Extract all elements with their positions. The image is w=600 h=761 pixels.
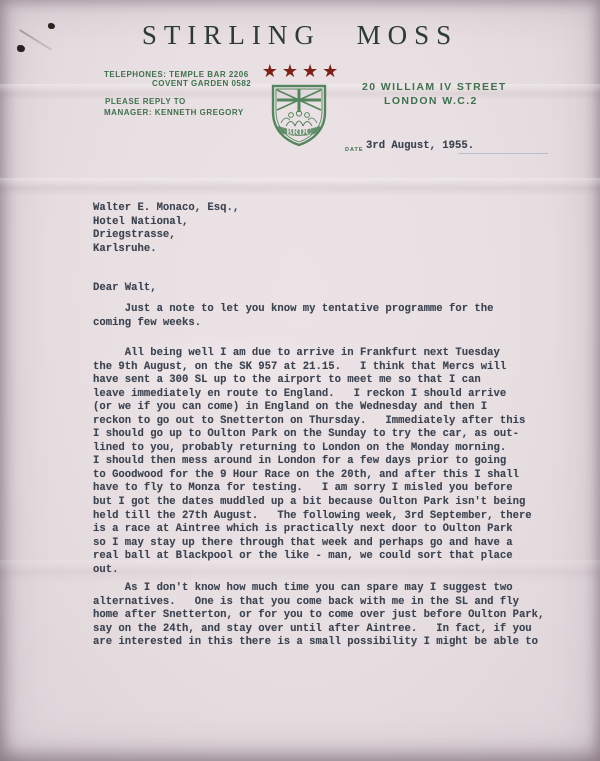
letter-paragraph-1: Just a note to let you know my tentative…	[93, 303, 494, 330]
paper-crease	[0, 178, 600, 196]
city-address: LONDON W.C.2	[384, 95, 478, 107]
date-value: 3rd August, 1955.	[366, 140, 474, 154]
letter-paragraph-2: All being well I am due to arrive in Fra…	[93, 347, 532, 577]
manager-line: MANAGER: KENNETH GREGORY	[104, 108, 244, 117]
brdc-stars-icon: ★★★★	[252, 62, 352, 80]
date-label: DATE	[345, 147, 364, 153]
recipient-address: Walter E. Monaco, Esq., Hotel National, …	[93, 202, 239, 256]
letter-photo: STIRLING MOSS TELEPHONES: TEMPLE BAR 220…	[0, 0, 600, 761]
telephones-line1: TELEPHONES: TEMPLE BAR 2206	[104, 70, 249, 79]
telephones-line2: COVENT GARDEN 0582	[152, 79, 251, 88]
date-underline	[458, 153, 548, 154]
letterhead-title: STIRLING MOSS	[0, 20, 600, 51]
brdc-crest-icon: BRDC	[270, 82, 328, 148]
letter-paragraph-3: As I don't know how much time you can sp…	[93, 582, 544, 650]
street-address: 20 WILLIAM IV STREET	[362, 81, 507, 93]
crest-monogram: BRDC	[286, 127, 312, 137]
salutation: Dear Walt,	[93, 282, 157, 296]
reply-to-line: PLEASE REPLY TO	[105, 97, 186, 106]
